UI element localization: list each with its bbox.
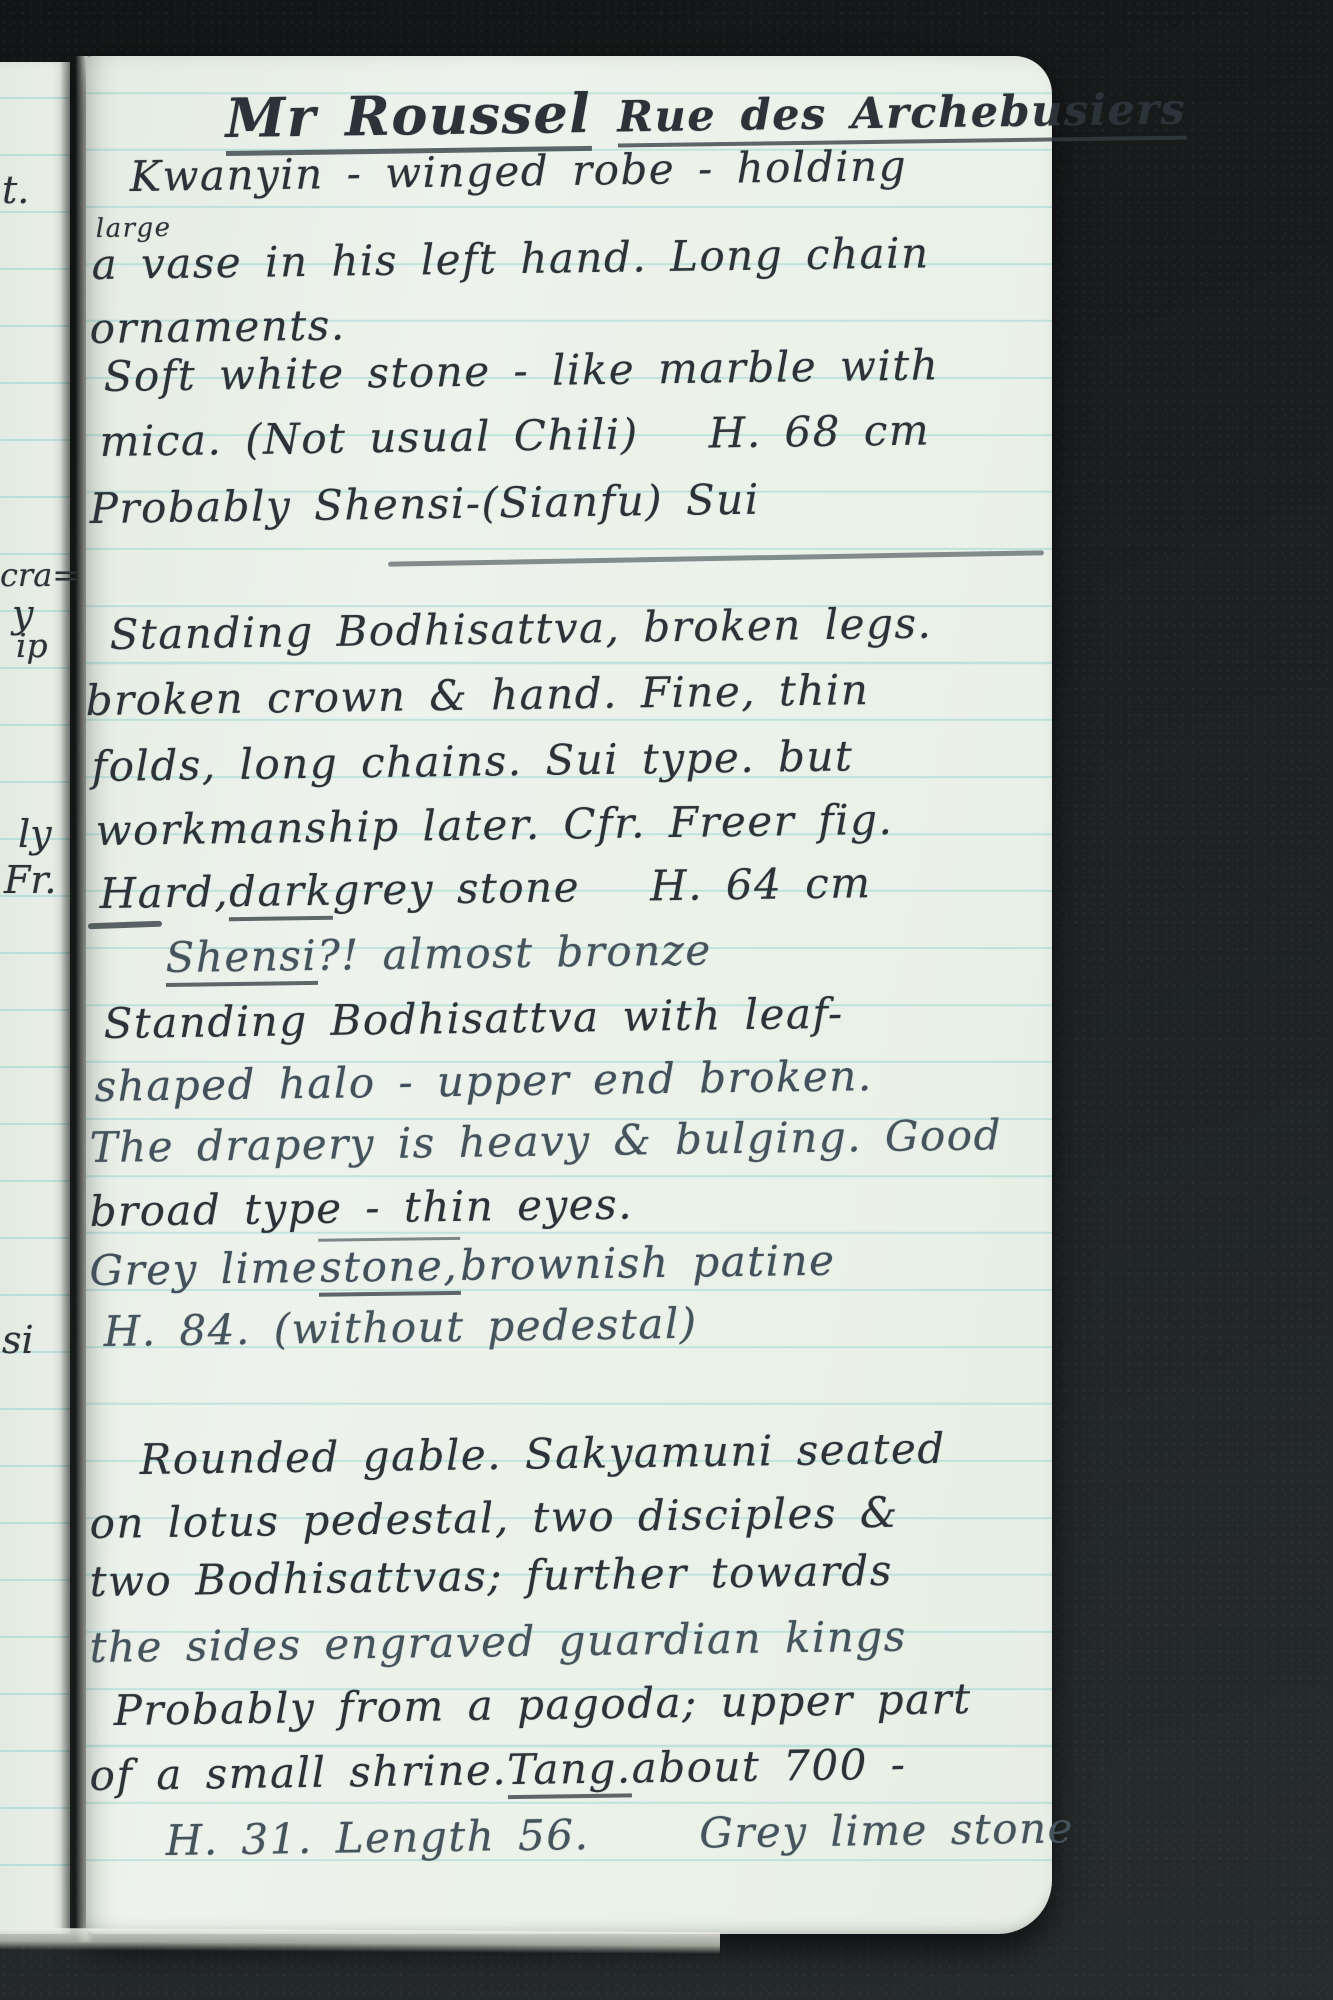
ink-text: grey stone — [332, 862, 580, 914]
ink-text: stone, — [318, 1237, 461, 1297]
ink-text: broad type - thin eyes. — [89, 1179, 633, 1236]
ink-text: ?! almost bronze — [317, 925, 712, 980]
ink-text: Hard, — [99, 867, 229, 918]
ink-text: H. 84. (without pedestal) — [103, 1299, 698, 1356]
ink-text: Grey lime — [89, 1243, 318, 1295]
facing-page-text-fragment: Fr. — [4, 858, 56, 902]
note-line: Shensi ?! almost bronze — [165, 925, 712, 987]
page-stack-edge — [0, 1928, 720, 1954]
note-line: broad type - thin eyes. — [89, 1179, 633, 1236]
note-line: H. 84. (without pedestal) — [103, 1299, 698, 1356]
note-line: Grey lime stone, brownish patine — [89, 1232, 836, 1300]
ink-text: mica. (Not usual Chili) — [99, 409, 639, 466]
facing-page-text-fragment: cra= — [0, 556, 79, 594]
ink-text: brownish patine — [460, 1236, 836, 1290]
ink-text: Standing Bodhisattva with leaf- — [103, 989, 844, 1048]
ink-text: Grey lime stone — [699, 1803, 1074, 1857]
ink-text: dark — [229, 866, 333, 921]
note-line: of a small shrine. Tang. about 700 - — [89, 1740, 907, 1805]
ink-text: of a small shrine. — [89, 1745, 507, 1800]
facing-page-text-fragment: ip — [16, 626, 48, 665]
facing-page-text-fragment: ly — [18, 812, 52, 856]
ink-text: Shensi — [165, 931, 317, 987]
ink-text: H. 31. Length 56. — [165, 1810, 589, 1865]
facing-page-text-fragment: t. — [2, 168, 29, 212]
note-line: Standing Bodhisattva with leaf- — [103, 989, 844, 1048]
note-line: Hard, dark grey stoneH. 64 cm — [99, 858, 872, 923]
ink-text: H. 68 cm — [708, 405, 930, 457]
ink-text: about 700 - — [631, 1740, 906, 1793]
ink-text: H. 64 cm — [650, 858, 872, 910]
ink-text: Tang. — [507, 1743, 632, 1799]
ink-text: ornaments. — [89, 300, 346, 353]
notebook-photo: t.cra=yiplyFr.si Mr Roussel Rue des Arch… — [0, 0, 1333, 2000]
ink-text: Probably Shensi-(Sianfu) Sui — [89, 475, 760, 533]
note-line: ornaments. — [89, 300, 346, 353]
facing-page-text-fragment: si — [2, 1318, 34, 1362]
note-line: Probably Shensi-(Sianfu) Sui — [89, 475, 760, 533]
dealer-name: Mr Roussel — [225, 81, 592, 156]
dealer-address: Rue des Archebusiers — [617, 85, 1187, 148]
